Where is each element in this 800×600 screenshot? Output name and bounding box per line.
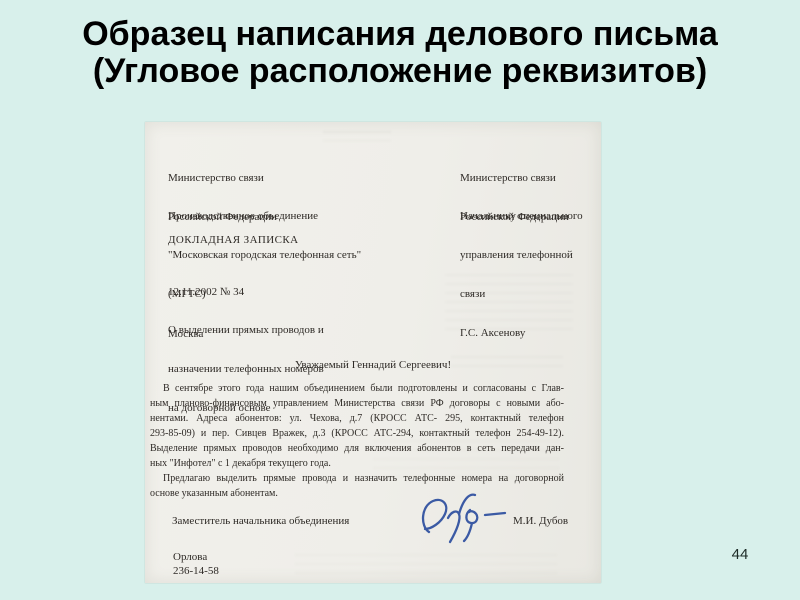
slide-title-line1: Образец написания делового письма bbox=[0, 16, 800, 53]
body-line: 293-85-09) и пер. Сивцев Вражек, д.3 (КР… bbox=[150, 426, 564, 441]
addressee-line: связи bbox=[460, 288, 583, 301]
executor-name: Орлова bbox=[173, 551, 219, 565]
body-line: Выделение прямых проводов необходимо для… bbox=[150, 441, 564, 456]
executor-block: Орлова 236-14-58 bbox=[173, 551, 219, 578]
body-line: ным планово-финансовым управлением Минис… bbox=[150, 396, 564, 411]
slide-page-number: 44 bbox=[710, 546, 770, 563]
body-line: Предлагаю выделить прямые провода и назн… bbox=[150, 471, 564, 486]
bleed-through-mark bbox=[295, 554, 557, 578]
subject-line: О выделении прямых проводов и bbox=[168, 324, 324, 337]
body-line: В сентябре этого года нашим объединением… bbox=[150, 381, 564, 396]
salutation: Уважаемый Геннадий Сергеевич! bbox=[145, 359, 601, 371]
addressee-line: управления телефонной bbox=[460, 249, 583, 262]
bleed-through-mark bbox=[323, 131, 391, 141]
signature-handwriting bbox=[415, 488, 513, 548]
sender-org-line: Производственное объединение bbox=[168, 210, 361, 223]
slide-title-line2: (Угловое расположение реквизитов) bbox=[0, 53, 800, 90]
addressee-block: Начальнику специального управления телеф… bbox=[460, 184, 583, 366]
signer-name: М.И. Дубов bbox=[513, 515, 568, 527]
letter-body: В сентябре этого года нашим объединением… bbox=[150, 381, 564, 501]
body-line: нентами. Адреса абонентов: ул. Чехова, д… bbox=[150, 411, 564, 426]
slide-background: Образец написания делового письма (Углов… bbox=[0, 0, 800, 600]
addressee-line: Г.С. Аксенову bbox=[460, 327, 583, 340]
slide-title: Образец написания делового письма (Углов… bbox=[0, 16, 800, 90]
addressee-line: Начальнику специального bbox=[460, 210, 583, 223]
signer-position: Заместитель начальника объединения bbox=[172, 515, 349, 527]
document-type-heading: ДОКЛАДНАЯ ЗАПИСКА bbox=[168, 234, 298, 246]
body-line: ных "Инфотел" с 1 декабря текущего года. bbox=[150, 456, 564, 471]
executor-phone: 236-14-58 bbox=[173, 565, 219, 579]
scanned-letter: Министерство связи Российской Федерации … bbox=[145, 122, 601, 583]
date-number: 12.11.2002 № 34 bbox=[168, 285, 244, 299]
